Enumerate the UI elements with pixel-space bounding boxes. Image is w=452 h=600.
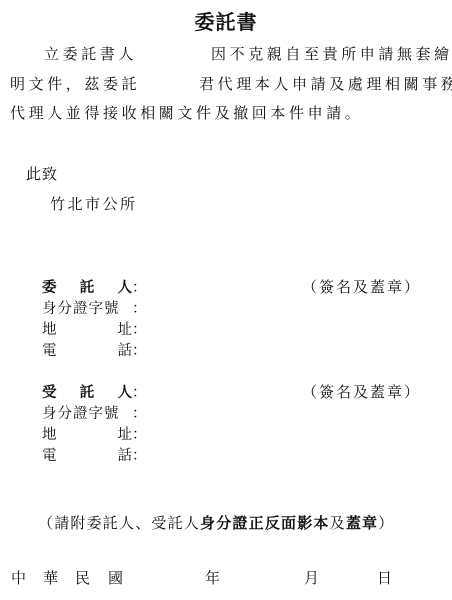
colon: ： — [132, 444, 147, 465]
colon: ： — [132, 297, 147, 318]
colon: ： — [132, 318, 147, 339]
note-text: （請附委託人、受託人 — [38, 514, 200, 532]
label-char: 話 — [118, 339, 133, 360]
colon: ： — [132, 423, 147, 444]
agent-label: 受 託 人 — [42, 381, 132, 402]
label-char: 人 — [118, 276, 133, 297]
principal-phone-row: 電 話 ： — [42, 339, 157, 359]
label-char: 委 — [42, 276, 57, 297]
colon: ： — [132, 381, 147, 402]
agent-address-label: 地 址 — [42, 423, 132, 444]
note-text-bold: 蓋章 — [346, 514, 378, 532]
agent-address-row: 地 址 ： — [42, 423, 157, 443]
principal-phone-label: 電 話 — [42, 339, 132, 360]
body-line3: 代理人並得接收相關文件及撤回本件申請。 — [10, 103, 363, 123]
date-year-label: 年 — [205, 567, 220, 588]
recipient: 竹北市公所 — [50, 193, 138, 214]
body-line2-suffix: 君代理本人申請及處理相關事務， — [199, 74, 452, 94]
attachment-note: （請附委託人、受託人身分證正反面影本及蓋章） — [38, 512, 394, 533]
colon: ： — [132, 276, 147, 297]
label-char: 受 — [42, 381, 57, 402]
agent-phone-row: 電 話 ： — [42, 444, 157, 464]
date-era-char: 中 — [11, 567, 26, 588]
label-char: 託 — [80, 276, 95, 297]
note-text-bold: 身分證正反面影本 — [200, 514, 330, 532]
principal-signature-note: （簽名及蓋章） — [302, 276, 421, 297]
salutation: 此致 — [26, 163, 58, 184]
body-line2-prefix: 明文件，茲委託 — [10, 74, 140, 94]
body-line1-prefix: 立委託書人 — [44, 44, 137, 64]
date-era-char: 民 — [75, 567, 90, 588]
document-title: 委託書 — [0, 6, 452, 35]
principal-address-row: 地 址 ： — [42, 318, 157, 338]
body-line1-suffix: 因不克親自至貴所申請無套繪證 — [211, 44, 452, 64]
label-char: 地 — [42, 318, 57, 339]
colon: ： — [132, 339, 147, 360]
label-char: 地 — [42, 423, 57, 444]
date-month-label: 月 — [304, 567, 319, 588]
date-day-label: 日 — [377, 567, 392, 588]
date-era-char: 國 — [108, 567, 123, 588]
label-char: 話 — [118, 444, 133, 465]
label-char: 人 — [118, 381, 133, 402]
agent-block: 受 託 人 ： （簽名及蓋章） 身分證字號 ： 地 址 ： 電 話 ： — [42, 381, 422, 471]
note-text: 及 — [330, 514, 346, 532]
agent-signature-note: （簽名及蓋章） — [302, 381, 421, 402]
label-char: 託 — [80, 381, 95, 402]
colon: ： — [132, 402, 147, 423]
label-char: 址 — [118, 423, 133, 444]
principal-address-label: 地 址 — [42, 318, 132, 339]
principal-name-row: 委 託 人 ： （簽名及蓋章） — [42, 276, 157, 296]
principal-id-row: 身分證字號 ： — [42, 297, 157, 317]
principal-label: 委 託 人 — [42, 276, 132, 297]
agent-name-row: 受 託 人 ： （簽名及蓋章） — [42, 381, 157, 401]
label-char: 電 — [42, 339, 57, 360]
label-char: 電 — [42, 444, 57, 465]
agent-phone-label: 電 話 — [42, 444, 132, 465]
principal-block: 委 託 人 ： （簽名及蓋章） 身分證字號 ： 地 址 ： 電 話 ： — [42, 276, 422, 366]
note-text: ） — [378, 514, 394, 532]
date-era-char: 華 — [43, 567, 58, 588]
principal-id-label: 身分證字號 — [42, 297, 132, 318]
agent-id-row: 身分證字號 ： — [42, 402, 157, 422]
agent-id-label: 身分證字號 — [42, 402, 132, 423]
label-char: 址 — [118, 318, 133, 339]
